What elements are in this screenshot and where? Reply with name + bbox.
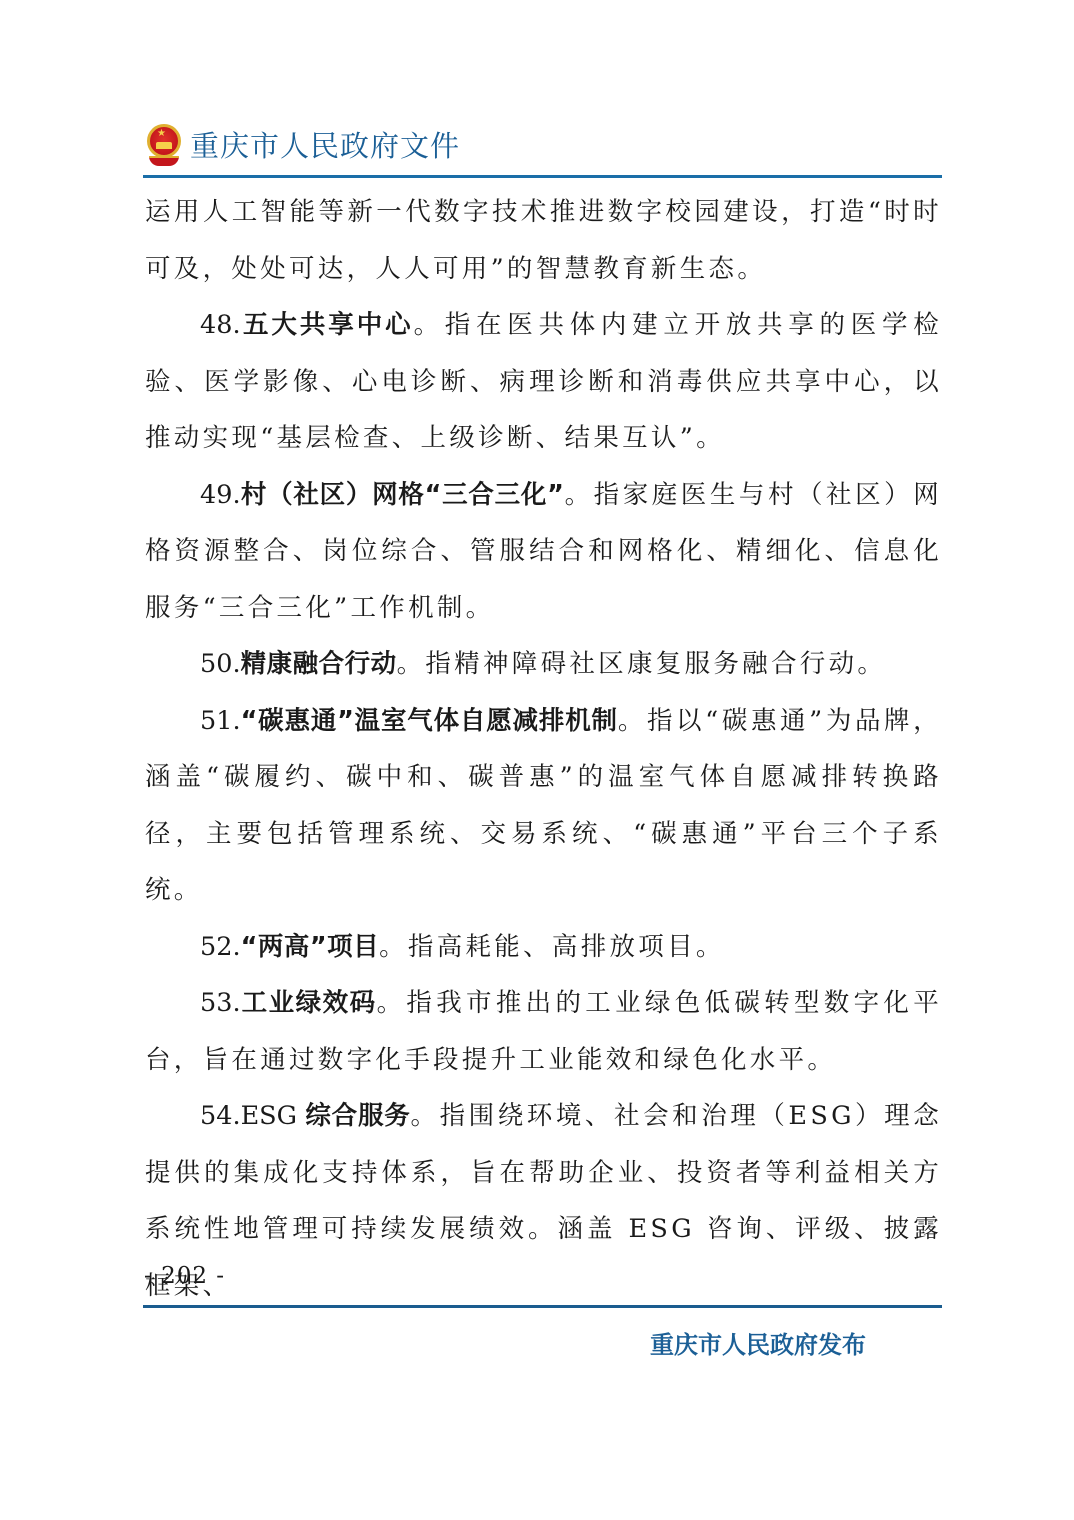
entry-term: 村（社区）网格“三合三化” <box>241 480 565 510</box>
entry-number: 53. <box>200 988 241 1018</box>
entry-term: 综合服务 <box>305 1101 410 1131</box>
entry-term: 工业绿效码 <box>241 988 377 1018</box>
entry-number: 48. <box>200 310 241 340</box>
national-emblem-icon: ★ <box>144 122 184 166</box>
glossary-entry-49: 49.村（社区）网格“三合三化”。指家庭医生与村（社区）网格资源整合、岗位综合、… <box>145 467 942 637</box>
entry-number: 52. <box>200 932 241 962</box>
document-header: ★ 重庆市人民政府文件 <box>144 118 460 170</box>
entry-number: 49. <box>200 480 241 510</box>
glossary-entry-50: 50.精康融合行动。指精神障碍社区康复服务融合行动。 <box>145 636 942 693</box>
page-number: - 202 - <box>144 1263 225 1289</box>
continuation-paragraph: 运用人工智能等新一代数字技术推进数字校园建设，打造“时时可及，处处可达，人人可用… <box>145 184 942 297</box>
entry-term: “两高”项目 <box>241 932 380 962</box>
entry-term: 精康融合行动 <box>241 649 397 679</box>
entry-number: 54. <box>200 1101 241 1131</box>
entry-definition: 。指精神障碍社区康复服务融合行动。 <box>397 649 887 679</box>
entry-number: 51. <box>200 706 241 736</box>
entry-definition: 。指高耗能、高排放项目。 <box>379 932 725 962</box>
document-body: 运用人工智能等新一代数字技术推进数字校园建设，打造“时时可及，处处可达，人人可用… <box>145 184 942 1314</box>
glossary-entry-53: 53.工业绿效码。指我市推出的工业绿色低碳转型数字化平台，旨在通过数字化手段提升… <box>145 975 942 1088</box>
glossary-entry-51: 51.“碳惠通”温室气体自愿减排机制。指以“碳惠通”为品牌，涵盖“碳履约、碳中和… <box>145 693 942 919</box>
footer-publisher: 重庆市人民政府发布 <box>650 1325 866 1360</box>
header-divider <box>143 175 942 178</box>
entry-term: “碳惠通”温室气体自愿减排机制 <box>241 706 618 736</box>
glossary-entry-54: 54.ESG 综合服务。指围绕环境、社会和治理（ESG）理念提供的集成化支持体系… <box>145 1088 942 1314</box>
entry-number: 50. <box>200 649 241 679</box>
glossary-entry-48: 48.五大共享中心。指在医共体内建立开放共享的医学检验、医学影像、心电诊断、病理… <box>145 297 942 467</box>
header-title: 重庆市人民政府文件 <box>190 124 460 165</box>
entry-term: 五大共享中心 <box>241 310 414 340</box>
footer-divider <box>143 1305 942 1308</box>
entry-term-prefix: ESG <box>241 1101 306 1131</box>
glossary-entry-52: 52.“两高”项目。指高耗能、高排放项目。 <box>145 919 942 976</box>
